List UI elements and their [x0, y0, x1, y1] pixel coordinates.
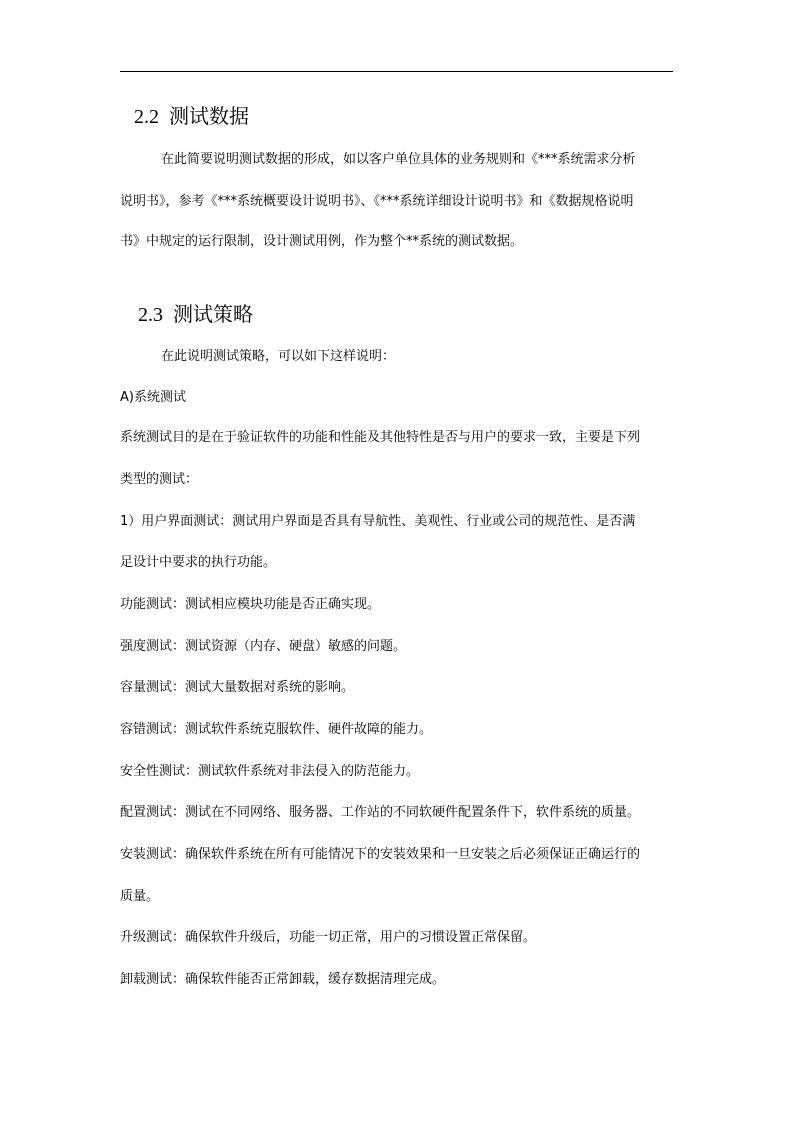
section-number: 2.3 [138, 304, 163, 326]
section-heading-2-3: 2.3测试策略 [138, 303, 253, 327]
section-number: 2.2 [134, 106, 159, 128]
list-item-fault-tolerance-test: 容错测试：测试软件系统克服软件、硬件故障的能力。 [120, 720, 676, 740]
header-rule [120, 71, 673, 72]
list-item-ui-test-cont: 足设计中要求的执行功能。 [120, 553, 676, 573]
list-item-install-test: 安装测试：确保软件系统在所有可能情况下的安装效果和一旦安装之后必须保证正确运行的 [120, 845, 676, 865]
section-title: 测试数据 [169, 106, 249, 128]
list-item-volume-test: 容量测试：测试大量数据对系统的影响。 [120, 678, 676, 698]
list-item-stress-test: 强度测试：测试资源（内存、硬盘）敏感的问题。 [120, 637, 676, 657]
list-item-ui-test: 1）用户界面测试：测试用户界面是否具有导航性、美观性、行业或公司的规范性、是否满 [120, 512, 676, 532]
paragraph-line: 系统测试目的是在于验证软件的功能和性能及其他特性是否与用户的要求一致，主要是下列 [120, 428, 676, 448]
list-item-uninstall-test: 卸载测试：确保软件能否正常卸载，缓存数据清理完成。 [120, 970, 676, 990]
paragraph-line: 在此简要说明测试数据的形成，如以客户单位具体的业务规则和《***系统需求分析 [161, 150, 717, 170]
subheading-system-test: A)系统测试 [120, 388, 676, 408]
intro-line: 在此说明测试策略，可以如下这样说明： [161, 347, 717, 367]
section-title: 测试策略 [173, 304, 253, 326]
list-item-function-test: 功能测试：测试相应模块功能是否正确实现。 [120, 595, 676, 615]
list-item-config-test: 配置测试：测试在不同网络、服务器、工作站的不同软硬件配置条件下，软件系统的质量。 [120, 803, 676, 823]
list-item-security-test: 安全性测试：测试软件系统对非法侵入的防范能力。 [120, 762, 676, 782]
paragraph-line: 说明书》，参考《***系统概要设计说明书》、《***系统详细设计说明书》和《数据… [120, 192, 676, 212]
paragraph-line: 书》中规定的运行限制，设计测试用例，作为整个**系统的测试数据。 [120, 232, 676, 252]
section-heading-2-2: 2.2测试数据 [134, 105, 249, 129]
list-item-upgrade-test: 升级测试：确保软件升级后，功能一切正常，用户的习惯设置正常保留。 [120, 928, 676, 948]
list-item-install-test-cont: 质量。 [120, 887, 676, 907]
paragraph-line: 类型的测试： [120, 470, 676, 490]
